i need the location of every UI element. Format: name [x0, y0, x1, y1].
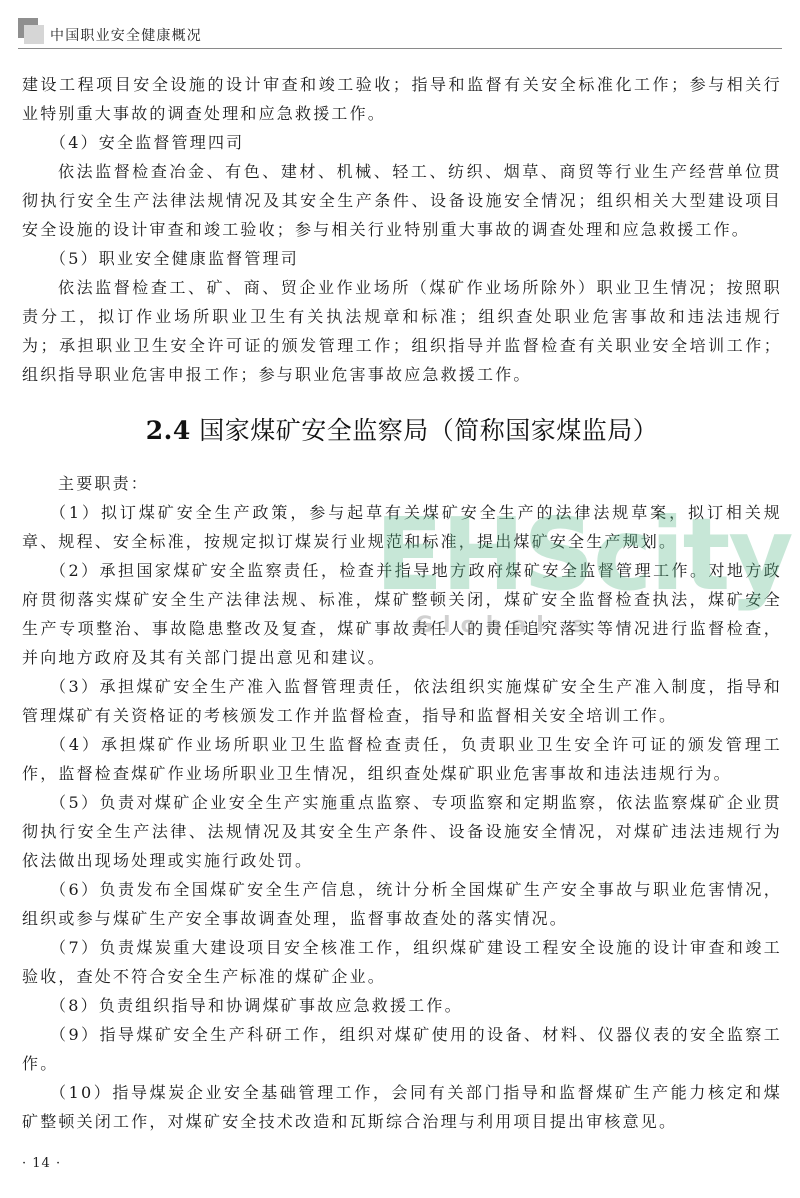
duty-item-5: （5）负责对煤矿企业安全生产实施重点监察、专项监察和定期监察，依法监察煤矿企业贯… [22, 788, 782, 875]
subsection-text-4: 依法监督检查冶金、有色、建材、机械、轻工、纺织、烟草、商贸等行业生产经营单位贯彻… [22, 157, 782, 244]
section-title: 2.4 国家煤矿安全监察局（简称国家煤监局） [22, 411, 782, 451]
section-title-text: 国家煤矿安全监察局（简称国家煤监局） [199, 416, 658, 445]
duty-item-4: （4）承担煤矿作业场所职业卫生监督检查责任，负责职业卫生安全许可证的颁发管理工作… [22, 730, 782, 788]
page-number: · 14 · [22, 1156, 61, 1171]
duty-item-7: （7）负责煤炭重大建设项目安全核准工作，组织煤矿建设工程安全设施的设计审查和竣工… [22, 933, 782, 991]
duties-label: 主要职责： [22, 469, 782, 498]
page-content: 建设工程项目安全设施的设计审查和竣工验收；指导和监督有关安全标准化工作；参与相关… [22, 70, 782, 1136]
header-square-icon [18, 18, 44, 44]
intro-continuation: 建设工程项目安全设施的设计审查和竣工验收；指导和监督有关安全标准化工作；参与相关… [22, 70, 782, 128]
duty-item-3: （3）承担煤矿安全生产准入监督管理责任，依法组织实施煤矿安全生产准入制度，指导和… [22, 672, 782, 730]
subsection-text-5: 依法监督检查工、矿、商、贸企业作业场所（煤矿作业场所除外）职业卫生情况；按照职责… [22, 273, 782, 389]
duty-item-8: （8）负责组织指导和协调煤矿事故应急救援工作。 [22, 991, 782, 1020]
subsection-heading-5: （5）职业安全健康监督管理司 [22, 244, 782, 273]
duty-item-10: （10）指导煤炭企业安全基础管理工作，会同有关部门指导和监督煤矿生产能力核定和煤… [22, 1078, 782, 1136]
running-title: 中国职业安全健康概况 [50, 25, 202, 45]
duty-item-9: （9）指导煤矿安全生产科研工作，组织对煤矿使用的设备、材料、仪器仪表的安全监察工… [22, 1020, 782, 1078]
page-header: 中国职业安全健康概况 [18, 16, 782, 49]
section-number: 2.4 [146, 416, 191, 445]
duty-item-1: （1）拟订煤矿安全生产政策，参与起草有关煤矿安全生产的法律法规草案，拟订相关规章… [22, 498, 782, 556]
duty-item-6: （6）负责发布全国煤矿安全生产信息，统计分析全国煤矿生产安全事故与职业危害情况，… [22, 875, 782, 933]
duty-item-2: （2）承担国家煤矿安全监察责任，检查并指导地方政府煤矿安全监督管理工作。对地方政… [22, 556, 782, 672]
header-square-light [24, 25, 44, 44]
subsection-heading-4: （4）安全监督管理四司 [22, 128, 782, 157]
